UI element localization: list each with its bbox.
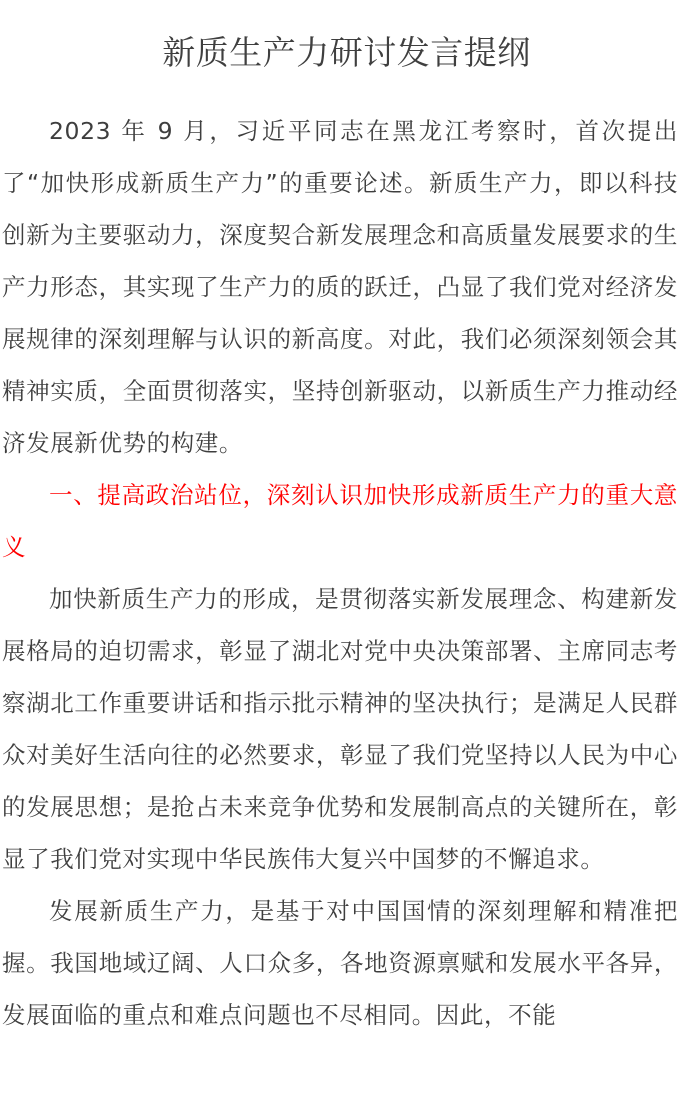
paragraph-intro: 2023 年 9 月，习近平同志在黑龙江考察时，首次提出了“加快形成新质生产力”… <box>2 105 678 469</box>
document-body: 2023 年 9 月，习近平同志在黑龙江考察时，首次提出了“加快形成新质生产力”… <box>2 105 678 1041</box>
paragraph-significance: 加快新质生产力的形成，是贯彻落实新发展理念、构建新发展格局的迫切需求，彰显了湖北… <box>2 573 678 885</box>
document-title: 新质生产力研讨发言提纲 <box>0 28 693 78</box>
document-page: 新质生产力研讨发言提纲 2023 年 9 月，习近平同志在黑龙江考察时，首次提出… <box>0 0 693 1097</box>
paragraph-national-conditions: 发展新质生产力，是基于对中国国情的深刻理解和精准把握。我国地域辽阔、人口众多，各… <box>2 885 678 1041</box>
section-heading-1: 一、提高政治站位，深刻认识加快形成新质生产力的重大意义 <box>2 469 678 573</box>
